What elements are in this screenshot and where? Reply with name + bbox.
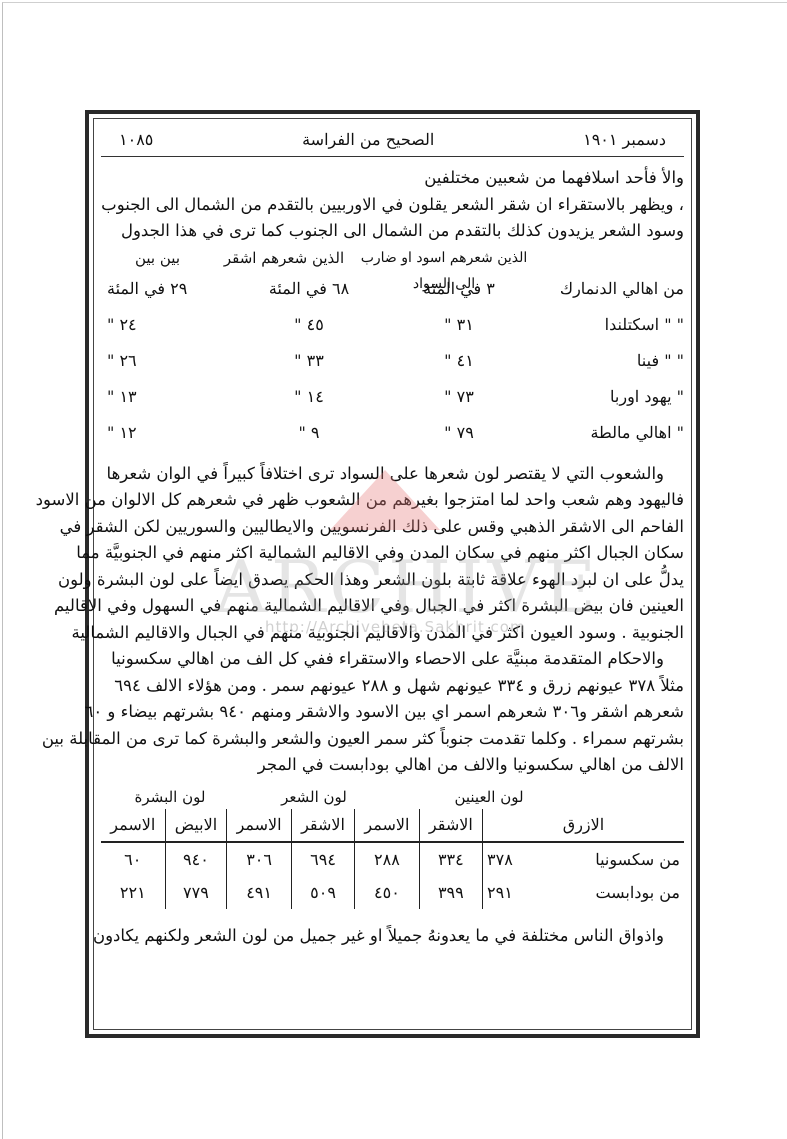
- row-label: " يهود اوربا: [534, 379, 684, 415]
- comparison-table-block: لون العينين لون الشعر لون البشرة الازرق …: [101, 785, 684, 909]
- row-label: " اهالي مالطة: [534, 415, 684, 451]
- paragraph-3: والشعوب التي لا يقتصر لون شعرها على السو…: [101, 461, 684, 647]
- cell-skin-white: ٩٤٠: [165, 842, 227, 876]
- text-line: بشرتهم سمراء . وكلما تقدمت جنوباً كثر سم…: [101, 726, 684, 753]
- cell-black: ٧٣ ": [384, 379, 534, 415]
- cell-black: ٤١ ": [384, 343, 534, 379]
- cell-between: ١٣ ": [101, 379, 234, 415]
- text-line: والاحكام المتقدمة مبنيَّة على الاحصاء وا…: [101, 646, 684, 673]
- row-label: " " اسكتلندا: [534, 307, 684, 343]
- table-row: من سكسونيا ٣٧٨ ٣٣٤ ٢٨٨ ٦٩٤ ٣٠٦ ٩٤٠ ٦٠: [101, 842, 684, 876]
- header-title: الصحيح من الفراسة: [302, 130, 434, 149]
- col-eyes-blue: الازرق: [483, 809, 685, 842]
- page-number: ١٠٨٥: [119, 130, 153, 149]
- place-label: من سكسونيا: [595, 850, 680, 869]
- table-header-row: الازرق الاشقر الاسمر الاشقر الاسمر الابي…: [101, 809, 684, 842]
- text-line: ، ويظهر بالاستقراء ان شقر الشعر يقلون في…: [101, 192, 684, 219]
- cell-hair-dark: ٣٠٦: [227, 842, 292, 876]
- page-frame: دسمبر ١٩٠١ الصحيح من الفراسة ١٠٨٥ والأ ف…: [85, 110, 700, 1038]
- row-label: " " فينا: [534, 343, 684, 379]
- cell-black: ٣١ ": [384, 307, 534, 343]
- running-head: دسمبر ١٩٠١ الصحيح من الفراسة ١٠٨٥: [101, 122, 684, 157]
- cell-eyes-dark: ٢٨٨: [355, 842, 420, 876]
- cell-skin-dark: ٢٢١: [101, 876, 165, 909]
- col-skin-dark: الاسمر: [101, 809, 165, 842]
- cell-skin-white: ٧٧٩: [165, 876, 227, 909]
- cell-skin-dark: ٦٠: [101, 842, 165, 876]
- group-skin-color: لون البشرة: [101, 785, 239, 809]
- text-line: فاليهود وهم شعب واحد لما امتزجوا بغيرهم …: [101, 487, 684, 514]
- table-row: من اهالي الدنمارك ٣ في المئة ٦٨ في المئة…: [101, 271, 684, 307]
- text-line: واذواق الناس مختلفة في ما يعدونهُ جميلاً…: [101, 923, 684, 950]
- cell-eyes-blue: ٣٧٨: [487, 850, 513, 869]
- cell-blond: ٣٣ ": [234, 343, 384, 379]
- comparison-table: الازرق الاشقر الاسمر الاشقر الاسمر الابي…: [101, 809, 684, 909]
- cell-eyes-hazel: ٣٩٩: [419, 876, 482, 909]
- cell-hair-dark: ٤٩١: [227, 876, 292, 909]
- place-label: من بودابست: [595, 883, 680, 902]
- col-eyes-dark: الاسمر: [355, 809, 420, 842]
- header-black-hair: الذين شعرهم اسود او ضارب الى السواد: [354, 245, 534, 271]
- row-saxony-first: من سكسونيا ٣٧٨: [483, 842, 685, 876]
- text-line: الجنوبية . وسود العيون اكثر في المدن وال…: [101, 620, 684, 647]
- paragraph-5: واذواق الناس مختلفة في ما يعدونهُ جميلاً…: [101, 923, 684, 950]
- hair-color-table: الذين شعرهم اسود او ضارب الى السواد الذي…: [101, 245, 684, 451]
- text-line: والأ فأحد اسلافهما من شعبين مختلفين: [101, 165, 684, 192]
- text-line: الالف من اهالي سكسونيا والالف من اهالي ب…: [101, 752, 684, 779]
- header-blond-hair: الذين شعرهم اشقر: [214, 245, 354, 271]
- text-line: وسود الشعر يزيدون كذلك بالتقدم من الشمال…: [101, 218, 684, 245]
- cell-blond: ٦٨ في المئة: [234, 271, 384, 307]
- table-row: " يهود اوربا ٧٣ " ١٤ " ١٣ ": [101, 379, 684, 415]
- text-line: العينين فان بيض البشرة اكثر في الجبال وف…: [101, 593, 684, 620]
- hair-table-header: الذين شعرهم اسود او ضارب الى السواد الذي…: [101, 245, 684, 271]
- text-line: الفاحم الى الاشقر الذهبي وقس على ذلك الف…: [101, 514, 684, 541]
- cell-between: ٢٩ في المئة: [101, 271, 234, 307]
- cell-between: ٢٤ ": [101, 307, 234, 343]
- paragraph-4: والاحكام المتقدمة مبنيَّة على الاحصاء وا…: [101, 646, 684, 779]
- cell-black: ٧٩ ": [384, 415, 534, 451]
- col-skin-white: الابيض: [165, 809, 227, 842]
- table-row: من بودابست ٢٩١ ٣٩٩ ٤٥٠ ٥٠٩ ٤٩١ ٧٧٩ ٢٢١: [101, 876, 684, 909]
- cell-hair-blond: ٥٠٩: [291, 876, 354, 909]
- page-content: دسمبر ١٩٠١ الصحيح من الفراسة ١٠٨٥ والأ ف…: [101, 122, 684, 1026]
- cell-eyes-hazel: ٣٣٤: [419, 842, 482, 876]
- group-hair-color: لون الشعر: [239, 785, 389, 809]
- text-line: شعرهم اشقر و٣٠٦ شعرهم اسمر اي بين الاسود…: [101, 699, 684, 726]
- header-date: دسمبر ١٩٠١: [583, 130, 666, 149]
- cell-between: ٢٦ ": [101, 343, 234, 379]
- header-in-between: بين بين: [101, 245, 214, 271]
- cell-eyes-dark: ٤٥٠: [355, 876, 420, 909]
- hair-table: من اهالي الدنمارك ٣ في المئة ٦٨ في المئة…: [101, 271, 684, 451]
- comparison-table-groups: لون العينين لون الشعر لون البشرة: [101, 785, 684, 809]
- cell-blond: ٤٥ ": [234, 307, 384, 343]
- cell-blond: ١٤ ": [234, 379, 384, 415]
- cell-between: ١٢ ": [101, 415, 234, 451]
- cell-hair-blond: ٦٩٤: [291, 842, 354, 876]
- cell-blond: ٩ ": [234, 415, 384, 451]
- text-line: والشعوب التي لا يقتصر لون شعرها على السو…: [101, 461, 684, 488]
- col-hair-blond: الاشقر: [291, 809, 354, 842]
- col-eyes-hazel: الاشقر: [419, 809, 482, 842]
- table-row: " " فينا ٤١ " ٣٣ " ٢٦ ": [101, 343, 684, 379]
- text-line: يدلُّ على ان لبرد الهوء علاقة ثابتة بلون…: [101, 567, 684, 594]
- table-row: " اهالي مالطة ٧٩ " ٩ " ١٢ ": [101, 415, 684, 451]
- col-hair-dark: الاسمر: [227, 809, 292, 842]
- cell-eyes-blue: ٢٩١: [487, 883, 513, 902]
- table-row: " " اسكتلندا ٣١ " ٤٥ " ٢٤ ": [101, 307, 684, 343]
- group-eye-color: لون العينين: [389, 785, 589, 809]
- row-budapest-first: من بودابست ٢٩١: [483, 876, 685, 909]
- text-line: مثلاً ٣٧٨ عيونهم زرق و ٣٣٤ عيونهم شهل و …: [101, 673, 684, 700]
- paragraph-2: ، ويظهر بالاستقراء ان شقر الشعر يقلون في…: [101, 192, 684, 245]
- paragraph-1: والأ فأحد اسلافهما من شعبين مختلفين: [101, 165, 684, 192]
- text-line: سكان الجبال اكثر منهم في سكان المدن وفي …: [101, 540, 684, 567]
- row-label: من اهالي الدنمارك: [534, 271, 684, 307]
